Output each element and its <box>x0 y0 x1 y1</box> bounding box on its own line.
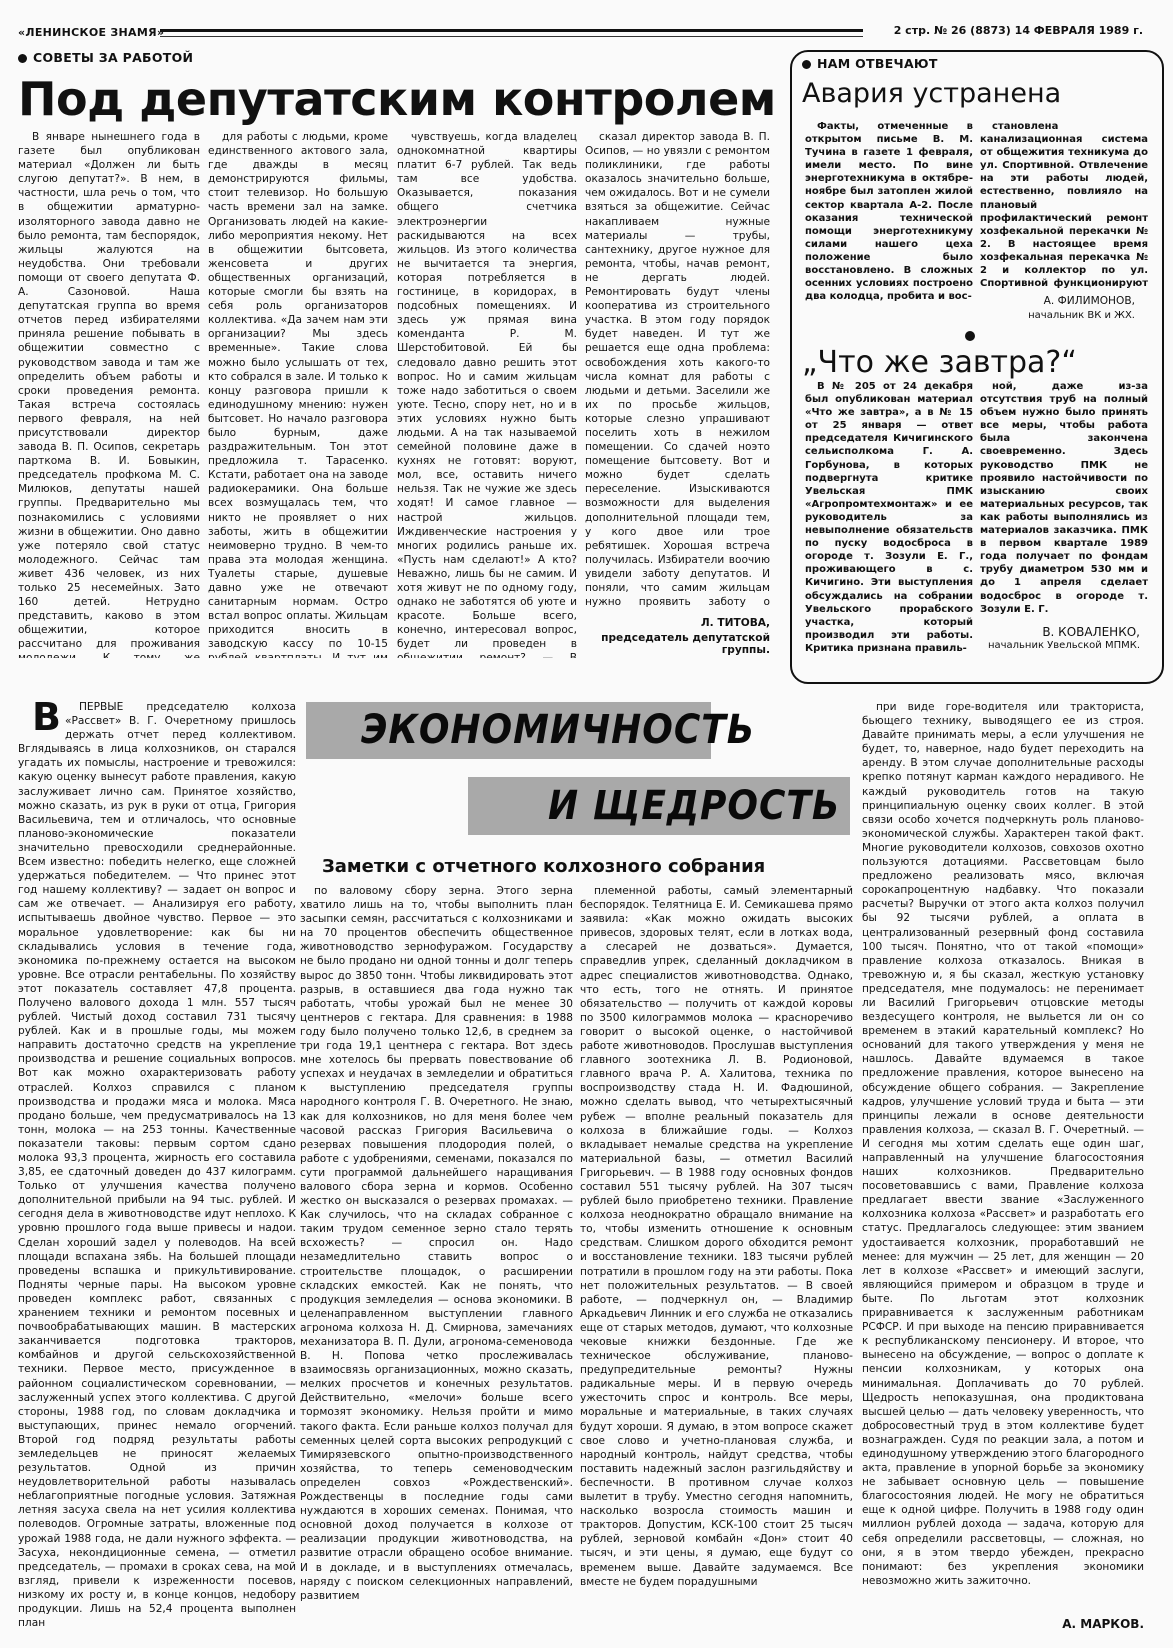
article1-column-2: для работы с людьми, кроме единственного… <box>208 130 388 658</box>
signature-kovalenko-role: начальник Увельской МПМК. <box>980 640 1140 651</box>
signature-markov: А. МАРКОВ. <box>862 1617 1144 1631</box>
tomorrow-title: „Что же завтра?“ <box>802 345 1077 380</box>
accident-title: Авария устранена <box>802 78 1061 109</box>
separator-dot-icon <box>965 331 975 341</box>
tomorrow-column-1: В № 205 от 24 декабря был опубликован ма… <box>805 380 973 670</box>
bullet-icon <box>18 54 27 63</box>
article1-column-4: сказал директор завода В. П. Осипов, — н… <box>585 130 770 610</box>
article2-subtitle: Заметки с отчетного колхозного собрания <box>322 856 765 877</box>
tomorrow-column-2: ной, даже из-за отсутствия труб на полны… <box>980 380 1148 615</box>
signature-titova-role: председатель депутатской группы. <box>585 632 770 656</box>
article2-column-3: племенной работы, самый элементарный бес… <box>580 884 853 1640</box>
signature-titova: Л. ТИТОВА, <box>585 617 770 629</box>
masthead-rule <box>160 29 863 37</box>
banner-generosity: И ЩЕДРОСТЬ <box>468 777 850 835</box>
article2-column-1: ВПЕРВЫЕ председателю колхоза «Рассвет» В… <box>18 700 296 1640</box>
rubric-answers: НАМ ОТВЕЧАЮТ <box>802 56 938 71</box>
accident-column-1: Факты, отмеченные в открытом письме В. М… <box>805 120 973 320</box>
article1-column-3: чувствуешь, когда владелец однокомнатной… <box>397 130 577 658</box>
banner-economy: ЭКОНОМИЧНОСТЬ <box>306 702 711 759</box>
article2-column-4: при виде горе-водителя или тракториста, … <box>862 700 1144 1610</box>
signature-filimonov-role: начальник ВК и ЖХ. <box>980 310 1135 321</box>
newspaper-name: «ЛЕНИНСКОЕ ЗНАМЯ» <box>18 26 164 39</box>
issue-info: 2 стр. № 26 (8873) 14 ФЕВРАЛЯ 1989 г. <box>894 24 1143 37</box>
rubric-soviets: СОВЕТЫ ЗА РАБОТОЙ <box>18 50 193 65</box>
accident-column-2: становлена канализационная система от об… <box>980 120 1148 288</box>
signature-filimonov: А. ФИЛИМОНОВ, <box>980 295 1135 307</box>
article2-column-2: по валовому сбору зерна. Этого зерна хва… <box>300 884 573 1640</box>
signature-kovalenko: В. КОВАЛЕНКО, <box>980 625 1140 639</box>
article1-column-1: В январе нынешнего года в газете был опу… <box>18 130 200 658</box>
bullet-icon <box>802 60 811 69</box>
drop-cap: В <box>18 701 61 733</box>
article-title: Под депутатским контролем <box>18 72 776 126</box>
